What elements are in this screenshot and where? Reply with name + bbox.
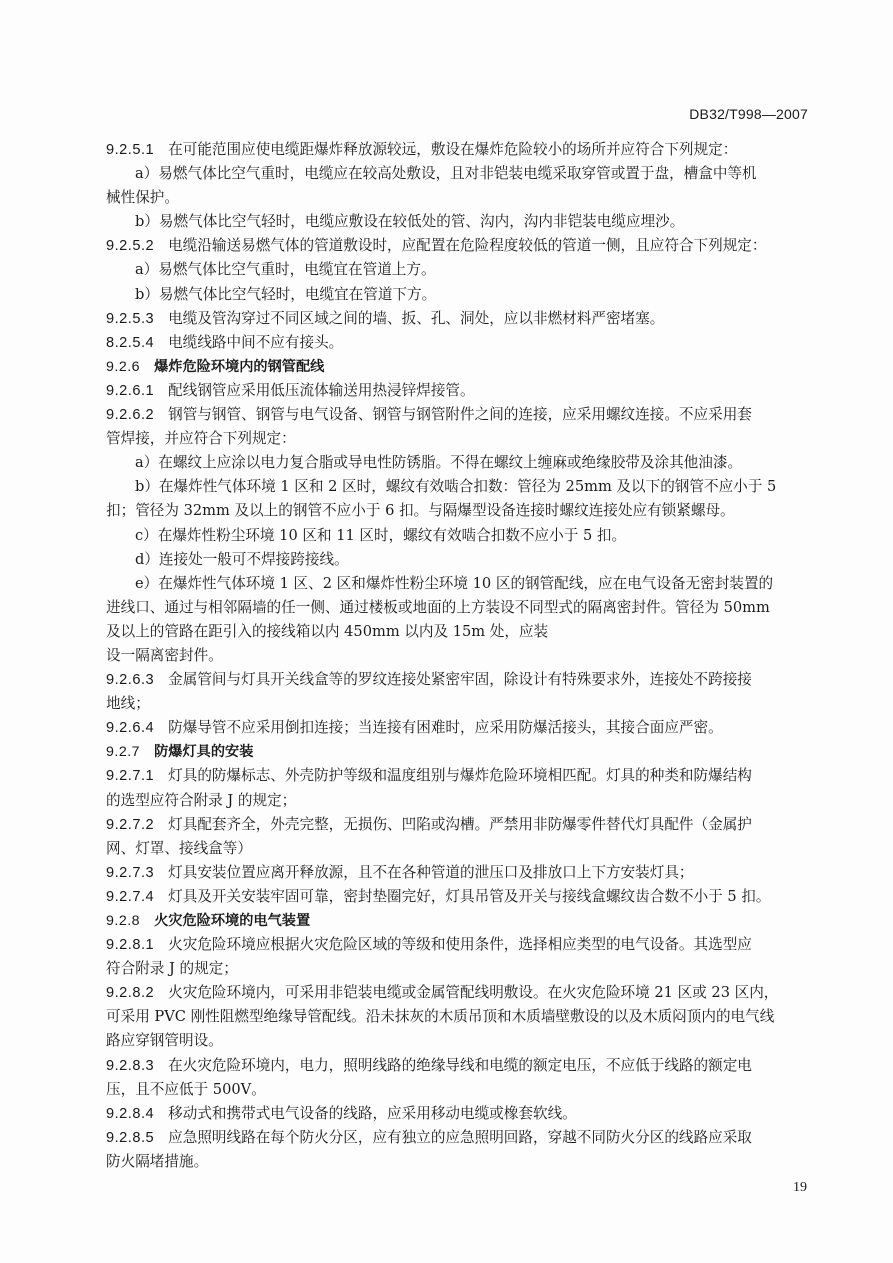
line-text: 的选型应符合附录 J 的规定； — [106, 792, 296, 809]
line-text: 应急照明线路在每个防火分区，应有独立的应急照明回路，穿越不同防火分区的线路应采取 — [168, 1129, 752, 1146]
section-heading: 9.2.7防爆灯具的安装 — [106, 740, 808, 764]
document-body: 9.2.5.1在可能范围应使电缆距爆炸释放源较远，敷设在爆炸危险较小的场所并应符… — [106, 138, 808, 1174]
line-text: 火灾危险环境的电气装置 — [154, 913, 310, 929]
line-text: 防火隔堵措施。 — [106, 1153, 208, 1170]
line-text: 金属管间与灯具开关线盒等的罗纹连接处紧密牢固，除设计有特殊要求外，连接处不跨接接 — [168, 671, 752, 688]
clause-line: 9.2.8.1火灾危险环境应根据火灾危险区域的等级和使用条件，选择相应类型的电气… — [106, 933, 808, 957]
clause-line: 9.2.8.2火灾危险环境内，可采用非铠装电缆或金属管配线明敷设。在火灾危险环境… — [106, 981, 808, 1005]
clause-number: 9.2.5.1 — [106, 142, 154, 158]
continuation-line: 网、灯罩、接线盒等） — [106, 837, 808, 861]
continuation-line: 的选型应符合附录 J 的规定； — [106, 789, 808, 813]
continuation-line: 防火隔堵措施。 — [106, 1150, 808, 1174]
clause-number: 9.2.6.3 — [106, 672, 154, 688]
line-text: 管焊接，并应符合下列规定： — [106, 430, 296, 447]
clause-number: 9.2.8.5 — [106, 1130, 154, 1146]
clause-number: 9.2.7.1 — [106, 768, 154, 784]
line-text: 火灾危险环境内，可采用非铠装电缆或金属管配线明敷设。在火灾危险环境 21 区或 … — [168, 984, 778, 1001]
line-text: 爆炸危险环境内的钢管配线 — [154, 359, 324, 375]
continuation-line: 可采用 PVC 刚性阻燃型绝缘导管配线。沿未抹灰的木质吊顶和木质墙壁敷设的以及木… — [106, 1005, 808, 1029]
line-text: d）连接处一般可不焊接跨接线。 — [135, 551, 349, 568]
clause-line: 9.2.6.2钢管与钢管、钢管与电气设备、钢管与钢管附件之间的连接，应采用螺纹连… — [106, 403, 808, 427]
clause-number: 9.2.6.2 — [106, 407, 154, 423]
line-text: e）在爆炸性气体环境 1 区、2 区和爆炸性粉尘环境 10 区的钢管配线，应在电… — [135, 575, 773, 592]
clause-line: 9.2.8.4移动式和携带式电气设备的线路，应采用移动电缆或橡套软线。 — [106, 1102, 808, 1126]
clause-line: 9.2.5.1在可能范围应使电缆距爆炸释放源较远，敷设在爆炸危险较小的场所并应符… — [106, 138, 808, 162]
clause-number: 9.2.7 — [106, 744, 140, 760]
line-text: 在火灾危险环境内，电力，照明线路的绝缘导线和电缆的额定电压，不应低于线路的额定电 — [168, 1057, 752, 1074]
line-text: 火灾危险环境应根据火灾危险区域的等级和使用条件，选择相应类型的电气设备。其选型应 — [168, 936, 752, 953]
line-text: 电缆沿输送易燃气体的管道敷设时，应配置在危险程度较低的管道一侧，且应符合下列规定… — [168, 237, 766, 254]
clause-number: 9.2.6 — [106, 359, 140, 375]
standard-code: DB32/T998—2007 — [689, 106, 808, 122]
line-text: b）易燃气体比空气轻时，电缆应敷设在较低处的管、沟内，沟内非铠装电缆应埋沙。 — [135, 213, 684, 230]
clause-number: 9.2.8.3 — [106, 1058, 154, 1074]
clause-number: 9.2.7.4 — [106, 889, 154, 905]
clause-number: 9.2.6.1 — [106, 383, 154, 399]
section-heading: 9.2.6爆炸危险环境内的钢管配线 — [106, 355, 808, 379]
clause-line: 9.2.7.1灯具的防爆标志、外壳防护等级和温度组别与爆炸危险环境相匹配。灯具的… — [106, 764, 808, 788]
line-text: 械性保护。 — [106, 189, 179, 206]
continuation-line: 管焊接，并应符合下列规定： — [106, 427, 808, 451]
list-item-line: e）在爆炸性气体环境 1 区、2 区和爆炸性粉尘环境 10 区的钢管配线，应在电… — [106, 572, 808, 596]
list-item-line: c）在爆炸性粉尘环境 10 区和 11 区时，螺纹有效啮合扣数不应小于 5 扣。 — [106, 524, 808, 548]
clause-number: 9.2.7.3 — [106, 865, 154, 881]
clause-number: 8.2.5.4 — [106, 335, 154, 351]
clause-number: 9.2.5.3 — [106, 311, 154, 327]
line-text: 防爆灯具的安装 — [154, 744, 253, 760]
section-heading: 9.2.8火灾危险环境的电气装置 — [106, 909, 808, 933]
clause-number: 9.2.8 — [106, 913, 140, 929]
continuation-line: 符合附录 J 的规定； — [106, 957, 808, 981]
clause-line: 9.2.5.2电缆沿输送易燃气体的管道敷设时，应配置在危险程度较低的管道一侧，且… — [106, 234, 808, 258]
clause-line: 9.2.8.3在火灾危险环境内，电力，照明线路的绝缘导线和电缆的额定电压，不应低… — [106, 1054, 808, 1078]
line-text: b）在爆炸性气体环境 1 区和 2 区时，螺纹有效啮合扣数：管径为 25mm 及… — [135, 478, 776, 495]
clause-number: 9.2.7.2 — [106, 817, 154, 833]
continuation-line: 扣；管径为 32mm 及以上的钢管不应小于 6 扣。与隔爆型设备连接时螺纹连接处… — [106, 499, 808, 523]
line-text: 路应穿钢管明设。 — [106, 1032, 223, 1049]
line-text: 在可能范围应使电缆距爆炸释放源较远，敷设在爆炸危险较小的场所并应符合下列规定： — [168, 141, 737, 158]
clause-line: 9.2.8.5应急照明线路在每个防火分区，应有独立的应急照明回路，穿越不同防火分… — [106, 1126, 808, 1150]
clause-line: 8.2.5.4电缆线路中间不应有接头。 — [106, 331, 808, 355]
line-text: 钢管与钢管、钢管与电气设备、钢管与钢管附件之间的连接，应采用螺纹连接。不应采用套 — [168, 406, 752, 423]
list-item-line: a）在螺纹上应涂以电力复合脂或导电性防锈脂。不得在螺纹上缠麻或绝缘胶带及涂其他油… — [106, 451, 808, 475]
line-text: 灯具安装位置应离开释放源，且不在各种管道的泄压口及排放口上下方安装灯具； — [168, 864, 693, 881]
clause-line: 9.2.5.3电缆及管沟穿过不同区域之间的墙、扳、孔、洞处，应以非燃材料严密堵塞… — [106, 307, 808, 331]
line-text: a）在螺纹上应涂以电力复合脂或导电性防锈脂。不得在螺纹上缠麻或绝缘胶带及涂其他油… — [135, 454, 742, 471]
line-text: 灯具及开关安装牢固可靠，密封垫圈完好，灯具吊管及开关与接线盒螺纹齿合数不小于 5… — [168, 888, 770, 905]
clause-line: 9.2.7.2灯具配套齐全，外壳完整，无损伤、凹陷或沟槽。严禁用非防爆零件替代灯… — [106, 813, 808, 837]
clause-number: 9.2.8.1 — [106, 937, 154, 953]
line-text: 可采用 PVC 刚性阻燃型绝缘导管配线。沿未抹灰的木质吊顶和木质墙壁敷设的以及木… — [106, 1008, 774, 1025]
clause-line: 9.2.6.3金属管间与灯具开关线盒等的罗纹连接处紧密牢固，除设计有特殊要求外，… — [106, 668, 808, 692]
document-page: DB32/T998—2007 9.2.5.1在可能范围应使电缆距爆炸释放源较远，… — [0, 0, 893, 1263]
list-item-line: b）在爆炸性气体环境 1 区和 2 区时，螺纹有效啮合扣数：管径为 25mm 及… — [106, 475, 808, 499]
list-item-line: b）易燃气体比空气轻时，电缆宜在管道下方。 — [106, 283, 808, 307]
clause-line: 9.2.6.1配线钢管应采用低压流体输送用热浸锌焊接管。 — [106, 379, 808, 403]
line-text: a）易燃气体比空气重时，电缆宜在管道上方。 — [135, 261, 436, 278]
line-text: 电缆线路中间不应有接头。 — [168, 334, 343, 351]
line-text: 电缆及管沟穿过不同区域之间的墙、扳、孔、洞处，应以非燃材料严密堵塞。 — [168, 310, 664, 327]
line-text: 进线口、通过与相邻隔墙的任一侧、通过楼板或地面的上方装设不同型式的隔离密封件。管… — [106, 599, 770, 616]
continuation-line: 设一隔离密封件。 — [106, 644, 808, 668]
continuation-line: 进线口、通过与相邻隔墙的任一侧、通过楼板或地面的上方装设不同型式的隔离密封件。管… — [106, 596, 808, 620]
list-item-line: b）易燃气体比空气轻时，电缆应敷设在较低处的管、沟内，沟内非铠装电缆应埋沙。 — [106, 210, 808, 234]
clause-line: 9.2.7.3灯具安装位置应离开释放源，且不在各种管道的泄压口及排放口上下方安装… — [106, 861, 808, 885]
line-text: c）在爆炸性粉尘环境 10 区和 11 区时，螺纹有效啮合扣数不应小于 5 扣。 — [135, 527, 626, 544]
list-item-line: a）易燃气体比空气重时，电缆宜在管道上方。 — [106, 258, 808, 282]
line-text: 灯具配套齐全，外壳完整，无损伤、凹陷或沟槽。严禁用非防爆零件替代灯具配件（金属护 — [168, 816, 752, 833]
line-text: 防爆导管不应采用倒扣连接；当连接有困难时，应采用防爆活接头，其接合面应严密。 — [168, 719, 723, 736]
list-item-line: a）易燃气体比空气重时，电缆应在较高处敷设，且对非铠装电缆采取穿管或置于盘，槽盒… — [106, 162, 808, 186]
clause-number: 9.2.8.4 — [106, 1106, 154, 1122]
clause-line: 9.2.6.4防爆导管不应采用倒扣连接；当连接有困难时，应采用防爆活接头，其接合… — [106, 716, 808, 740]
list-item-line: d）连接处一般可不焊接跨接线。 — [106, 548, 808, 572]
line-text: 灯具的防爆标志、外壳防护等级和温度组别与爆炸危险环境相匹配。灯具的种类和防爆结构 — [168, 767, 752, 784]
line-text: 设一隔离密封件。 — [106, 647, 223, 664]
continuation-line: 压，且不应低于 500V。 — [106, 1078, 808, 1102]
continuation-line: 地线； — [106, 692, 808, 716]
continuation-line: 路应穿钢管明设。 — [106, 1029, 808, 1053]
line-text: 配线钢管应采用低压流体输送用热浸锌焊接管。 — [168, 382, 474, 399]
line-text: 符合附录 J 的规定； — [106, 960, 238, 977]
line-text: 扣；管径为 32mm 及以上的钢管不应小于 6 扣。与隔爆型设备连接时螺纹连接处… — [106, 502, 735, 519]
line-text: 及以上的管路在距引入的接线箱以内 450mm 以内及 15m 处，应装 — [106, 623, 548, 640]
clause-number: 9.2.8.2 — [106, 985, 154, 1001]
clause-line: 9.2.7.4灯具及开关安装牢固可靠，密封垫圈完好，灯具吊管及开关与接线盒螺纹齿… — [106, 885, 808, 909]
line-text: 网、灯罩、接线盒等） — [106, 840, 252, 857]
line-text: 地线； — [106, 695, 150, 712]
line-text: a）易燃气体比空气重时，电缆应在较高处敷设，且对非铠装电缆采取穿管或置于盘，槽盒… — [135, 165, 757, 182]
continuation-line: 及以上的管路在距引入的接线箱以内 450mm 以内及 15m 处，应装 — [106, 620, 808, 644]
page-number: 19 — [793, 1180, 807, 1196]
clause-number: 9.2.6.4 — [106, 720, 154, 736]
continuation-line: 械性保护。 — [106, 186, 808, 210]
line-text: b）易燃气体比空气轻时，电缆宜在管道下方。 — [135, 286, 436, 303]
clause-number: 9.2.5.2 — [106, 238, 154, 254]
line-text: 压，且不应低于 500V。 — [106, 1081, 266, 1098]
line-text: 移动式和携带式电气设备的线路，应采用移动电缆或橡套软线。 — [168, 1105, 577, 1122]
